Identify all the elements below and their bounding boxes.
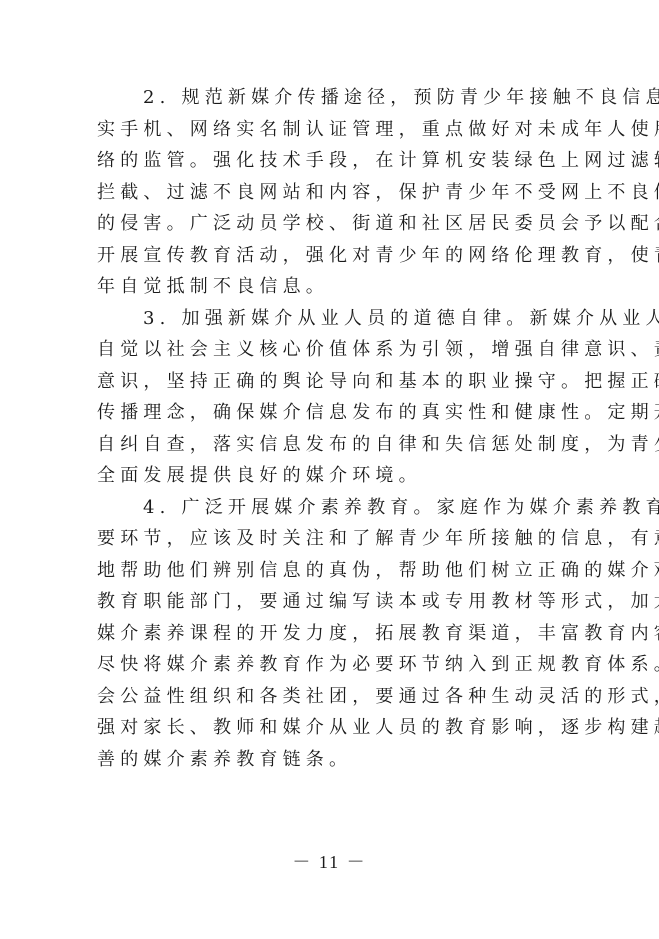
paragraph-3-line-5: 自纠自查，落实信息发布的自律和失信惩处制度，为青少年 (97, 429, 567, 461)
paragraph-2-line-7: 年自觉抵制不良信息。 (97, 271, 567, 303)
paragraph-4-line-5: 媒介素养课程的开发力度，拓展教育渠道，丰富教育内容， (97, 618, 567, 650)
paragraph-4-line-4: 教育职能部门，要通过编写读本或专用教材等形式，加大对 (97, 586, 567, 618)
paragraph-4-line-1: 4. 广泛开展媒介素养教育。家庭作为媒介素养教育的首 (97, 492, 567, 524)
paragraph-2-line-3: 络的监管。强化技术手段，在计算机安装绿色上网过滤软件， (97, 145, 567, 177)
paragraph-4-line-7: 会公益性组织和各类社团，要通过各种生动灵活的形式，加 (97, 681, 567, 713)
paragraph-2-line-5: 的侵害。广泛动员学校、街道和社区居民委员会予以配合， (97, 208, 567, 240)
paragraph-3-line-4: 传播理念，确保媒介信息发布的真实性和健康性。定期开展 (97, 397, 567, 429)
paragraph-4-line-8: 强对家长、教师和媒介从业人员的教育影响，逐步构建起完 (97, 712, 567, 744)
body-text: 2. 规范新媒介传播途径，预防青少年接触不良信息。落 实手机、网络实名制认证管理… (97, 82, 567, 775)
paragraph-2-line-1: 2. 规范新媒介传播途径，预防青少年接触不良信息。落 (97, 82, 567, 114)
paragraph-4-line-3: 地帮助他们辨别信息的真伪，帮助他们树立正确的媒介观。 (97, 555, 567, 587)
document-page: 2. 规范新媒介传播途径，预防青少年接触不良信息。落 实手机、网络实名制认证管理… (0, 0, 659, 939)
paragraph-4-line-9: 善的媒介素养教育链条。 (97, 744, 567, 776)
paragraph-4-line-6: 尽快将媒介素养教育作为必要环节纳入到正规教育体系。社 (97, 649, 567, 681)
paragraph-2-line-6: 开展宣传教育活动，强化对青少年的网络伦理教育，使青少 (97, 240, 567, 272)
paragraph-2-line-2: 实手机、网络实名制认证管理，重点做好对未成年人使用网 (97, 114, 567, 146)
paragraph-3-line-3: 意识，坚持正确的舆论导向和基本的职业操守。把握正确的 (97, 366, 567, 398)
paragraph-4-line-2: 要环节，应该及时关注和了解青少年所接触的信息，有意识 (97, 523, 567, 555)
paragraph-2-line-4: 拦截、过滤不良网站和内容，保护青少年不受网上不良信息 (97, 177, 567, 209)
page-number: － 11 － (0, 848, 659, 874)
paragraph-3-line-1: 3. 加强新媒介从业人员的道德自律。新媒介从业人员要 (97, 303, 567, 335)
paragraph-3-line-2: 自觉以社会主义核心价值体系为引领，增强自律意识、责任 (97, 334, 567, 366)
paragraph-3-line-6: 全面发展提供良好的媒介环境。 (97, 460, 567, 492)
